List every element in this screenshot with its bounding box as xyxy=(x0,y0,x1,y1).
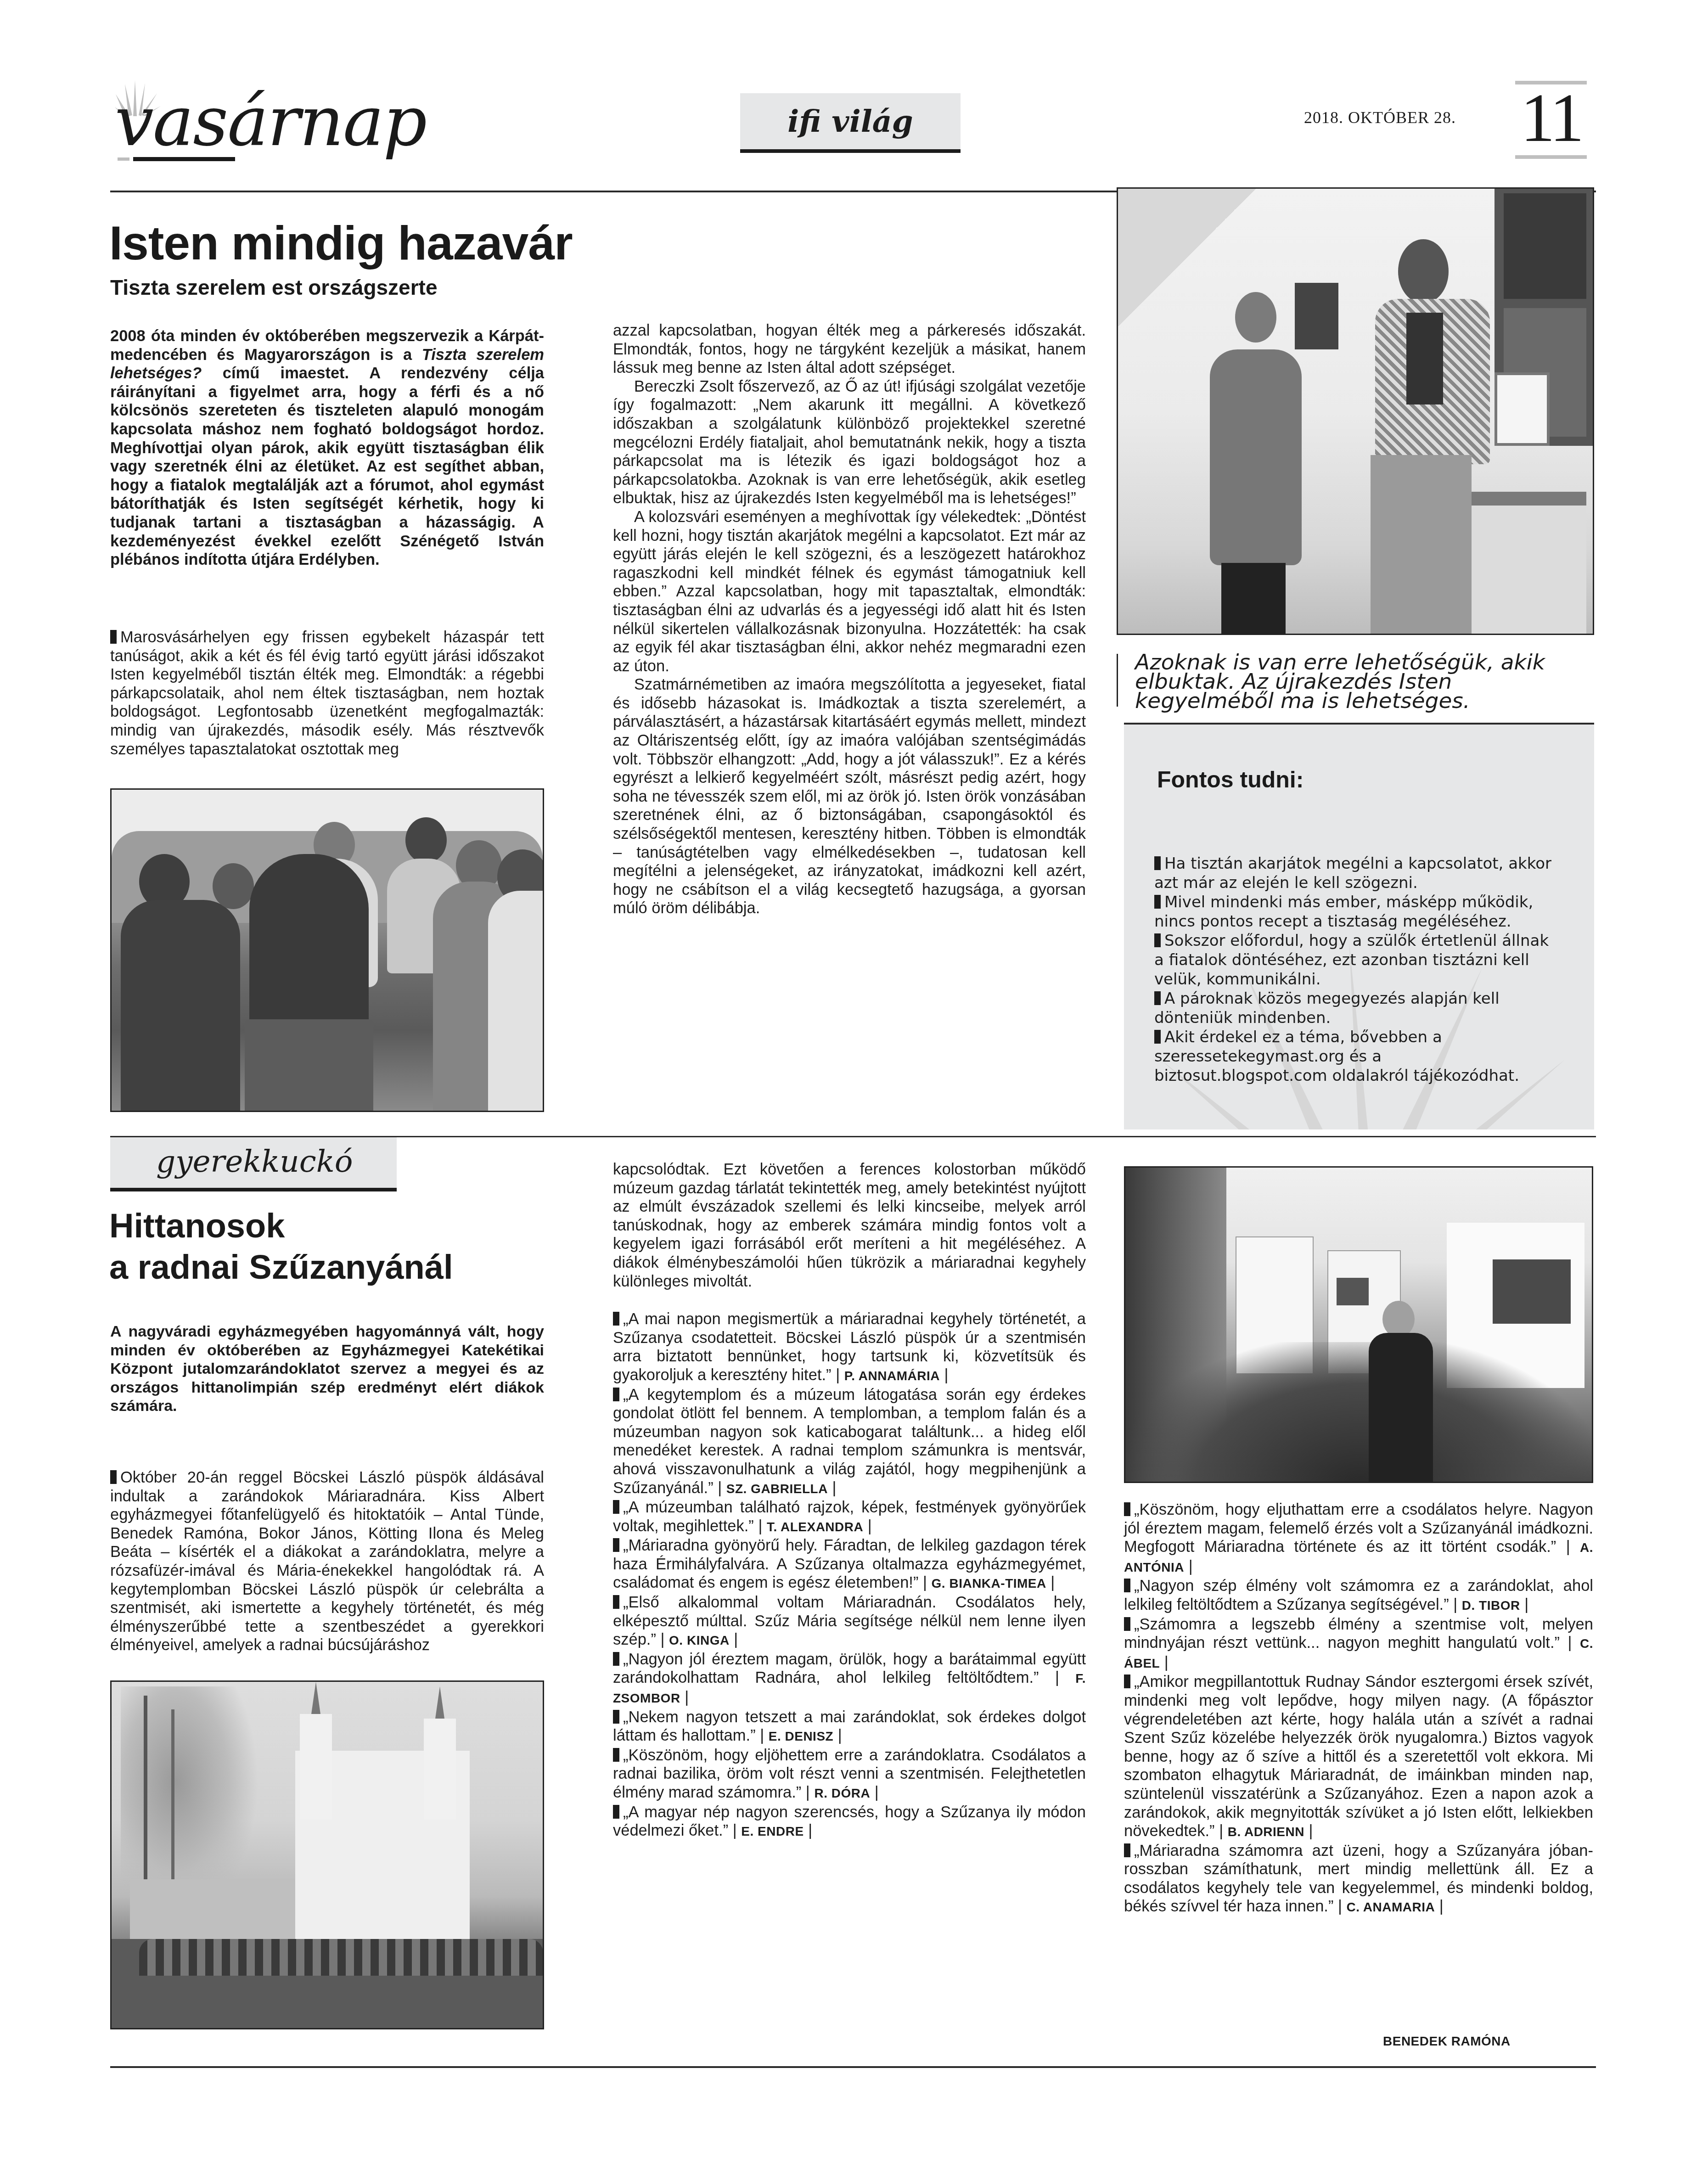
kicker-label: gyerekkuckó xyxy=(156,1146,353,1178)
lead-text-part2: című imaestet. A rendezvény célja ráirán… xyxy=(110,365,544,568)
logo-wordmark: vasárnap xyxy=(115,85,426,158)
factbox-list: Ha tisztán akarjátok megélni a kapcsolat… xyxy=(1154,854,1558,1085)
body-paragraph: Szatmárnémetiben az imaóra megszólította… xyxy=(613,675,1086,918)
body-paragraph: Október 20-án reggel Böcskei László püsp… xyxy=(110,1469,544,1654)
headline-line-2: a radnai Szűzanyánál xyxy=(109,1247,453,1288)
body-paragraph: kapcsolódtak. Ezt követően a ferences ko… xyxy=(613,1160,1086,1291)
list-bullet-icon xyxy=(1154,856,1161,870)
section-tab: ifi világ xyxy=(740,93,961,153)
museum-visit-photo xyxy=(1124,1166,1593,1483)
quote-author: O. KINGA xyxy=(669,1633,730,1647)
quote-author: T. ALEXANDRA xyxy=(767,1520,863,1534)
factbox-title: Fontos tudni: xyxy=(1157,767,1303,792)
article-body-column-3: „Köszönöm, hogy eljuthattam erre a csodá… xyxy=(1124,1500,1593,1917)
student-quote: „Köszönöm, hogy eljöhettem erre a zaránd… xyxy=(613,1746,1086,1803)
couple-speaking-photo xyxy=(1117,187,1594,635)
student-quote: „Köszönöm, hogy eljuthattam erre a csodá… xyxy=(1124,1500,1593,1577)
body-paragraph: azzal kapcsolatban, hogyan élték meg a p… xyxy=(613,321,1086,377)
article-lead: 2008 óta minden év októberében megszerve… xyxy=(110,327,544,569)
article-body-column-1: Október 20-án reggel Böcskei László püsp… xyxy=(110,1468,544,1655)
article-author: BENEDEK RAMÓNA xyxy=(1383,2034,1511,2049)
quote-bullet-icon xyxy=(613,1500,619,1514)
article-body-column-2: azzal kapcsolatban, hogyan élték meg a p… xyxy=(613,321,1086,918)
newspaper-logo: vasárnap xyxy=(110,80,376,163)
kicker-underline xyxy=(110,1188,397,1191)
headline-line-1: Hittanosok xyxy=(109,1205,453,1247)
section-name: ifi világ xyxy=(740,93,961,149)
article-body-column-1: Marosvásárhelyen egy frissen egybekelt h… xyxy=(110,628,544,759)
logo-underline xyxy=(133,157,235,161)
quote-bullet-icon xyxy=(613,1710,619,1724)
section-tab-underline xyxy=(740,149,961,153)
quote-author: G. BIANKA-TIMEA xyxy=(932,1576,1046,1590)
student-quote: „Máriaradna számomra azt üzeni, hogy a S… xyxy=(1124,1842,1593,1917)
student-quote: „A magyar nép nagyon szerencsés, hogy a … xyxy=(613,1803,1086,1841)
student-quote: „A kegytemplom és a múzeum látogatása so… xyxy=(613,1386,1086,1499)
pullquote: Azoknak is van erre lehetőségük, akik el… xyxy=(1135,653,1594,711)
list-bullet-icon xyxy=(1154,1030,1161,1044)
kicker-tab: gyerekkuckó xyxy=(110,1137,397,1191)
factbox-item: A pároknak közös megegyezés alapján kell… xyxy=(1154,989,1558,1028)
quote-bullet-icon xyxy=(613,1312,619,1326)
factbox-item: Ha tisztán akarjátok megélni a kapcsolat… xyxy=(1154,854,1558,893)
page-number-bottom-rule xyxy=(1515,155,1587,159)
paragraph-bullet-icon xyxy=(110,1470,117,1484)
quote-author: SZ. GABRIELLA xyxy=(726,1482,828,1496)
page-number-box: 11 xyxy=(1515,81,1587,159)
quote-bullet-icon xyxy=(1124,1579,1130,1592)
paragraph-bullet-icon xyxy=(110,630,117,644)
quote-bullet-icon xyxy=(1124,1502,1130,1516)
quote-bullet-icon xyxy=(613,1748,619,1762)
page-number: 11 xyxy=(1515,84,1587,152)
student-quote: „Nekem nagyon tetszett a mai zarándoklat… xyxy=(613,1708,1086,1746)
body-paragraph: Bereczki Zsolt főszervező, az Ő az út! i… xyxy=(613,377,1086,508)
factbox-item: Mivel mindenki más ember, másképp működi… xyxy=(1154,893,1558,931)
student-quote: „Máriaradna gyönyörű hely. Fáradtan, de … xyxy=(613,1536,1086,1593)
quote-author: E. ENDRE xyxy=(741,1824,803,1838)
quote-author: D. TIBOR xyxy=(1462,1598,1520,1613)
student-quote: „Amikor megpillantottuk Rudnay Sándor es… xyxy=(1124,1673,1593,1841)
list-bullet-icon xyxy=(1154,991,1161,1005)
article-subheadline: Tiszta szerelem est országszerte xyxy=(110,275,438,300)
quote-author: E. DENISZ xyxy=(769,1729,833,1743)
factbox-item: Sokszor előfordul, hogy a szülők értetle… xyxy=(1154,931,1558,989)
quote-bullet-icon xyxy=(613,1805,619,1819)
quote-bullet-icon xyxy=(1124,1675,1130,1688)
quote-bullet-icon xyxy=(613,1388,619,1401)
quote-bullet-icon xyxy=(613,1538,619,1552)
fact-box: Fontos tudni: Ha tisztán akarjátok megél… xyxy=(1124,725,1594,1129)
article-headline: Hittanosok a radnai Szűzanyánál xyxy=(109,1205,453,1288)
logo-underline-accent xyxy=(118,157,129,161)
body-paragraph: Marosvásárhelyen egy frissen egybekelt h… xyxy=(110,629,544,758)
list-bullet-icon xyxy=(1154,895,1161,909)
quote-bullet-icon xyxy=(613,1595,619,1609)
factbox-item: Akit érdekel ez a téma, bővebben a szere… xyxy=(1154,1028,1558,1085)
basilica-group-photo xyxy=(110,1680,544,2029)
issue-date: 2018. OKTÓBER 28. xyxy=(1304,108,1478,127)
article-body-column-2: kapcsolódtak. Ezt követően a ferences ko… xyxy=(613,1160,1086,1841)
student-quote: „A mai napon megismertük a máriaradnai k… xyxy=(613,1310,1086,1385)
quote-author: P. ANNAMÁRIA xyxy=(844,1369,940,1383)
quote-bullet-icon xyxy=(1124,1617,1130,1631)
list-bullet-icon xyxy=(1154,933,1161,947)
student-quote: „Számomra a legszebb élmény a szentmise … xyxy=(1124,1615,1593,1673)
quote-bullet-icon xyxy=(613,1652,619,1666)
article-lead: A nagyváradi egyházmegyében hagyománnyá … xyxy=(110,1322,544,1416)
student-quote: „Nagyon jól éreztem magam, örülök, hogy … xyxy=(613,1650,1086,1708)
student-quote: „Nagyon szép élmény volt számomra ez a z… xyxy=(1124,1577,1593,1615)
body-paragraph: A kolozsvári eseményen a meghívottak így… xyxy=(613,508,1086,675)
pullquote-rule xyxy=(1117,654,1118,707)
quote-author: B. ADRIENN xyxy=(1228,1825,1304,1839)
quote-author: C. ANAMARIA xyxy=(1347,1900,1435,1914)
article-headline: Isten mindig hazavár xyxy=(109,216,573,271)
quote-bullet-icon xyxy=(1124,1843,1130,1857)
quote-author: R. DÓRA xyxy=(814,1786,870,1800)
student-quote: „Első alkalommal voltam Máriaradnán. Cso… xyxy=(613,1593,1086,1650)
student-quote: „A múzeumban található rajzok, képek, fe… xyxy=(613,1498,1086,1536)
footer-divider xyxy=(110,2066,1596,2068)
group-discussion-photo xyxy=(110,788,544,1112)
